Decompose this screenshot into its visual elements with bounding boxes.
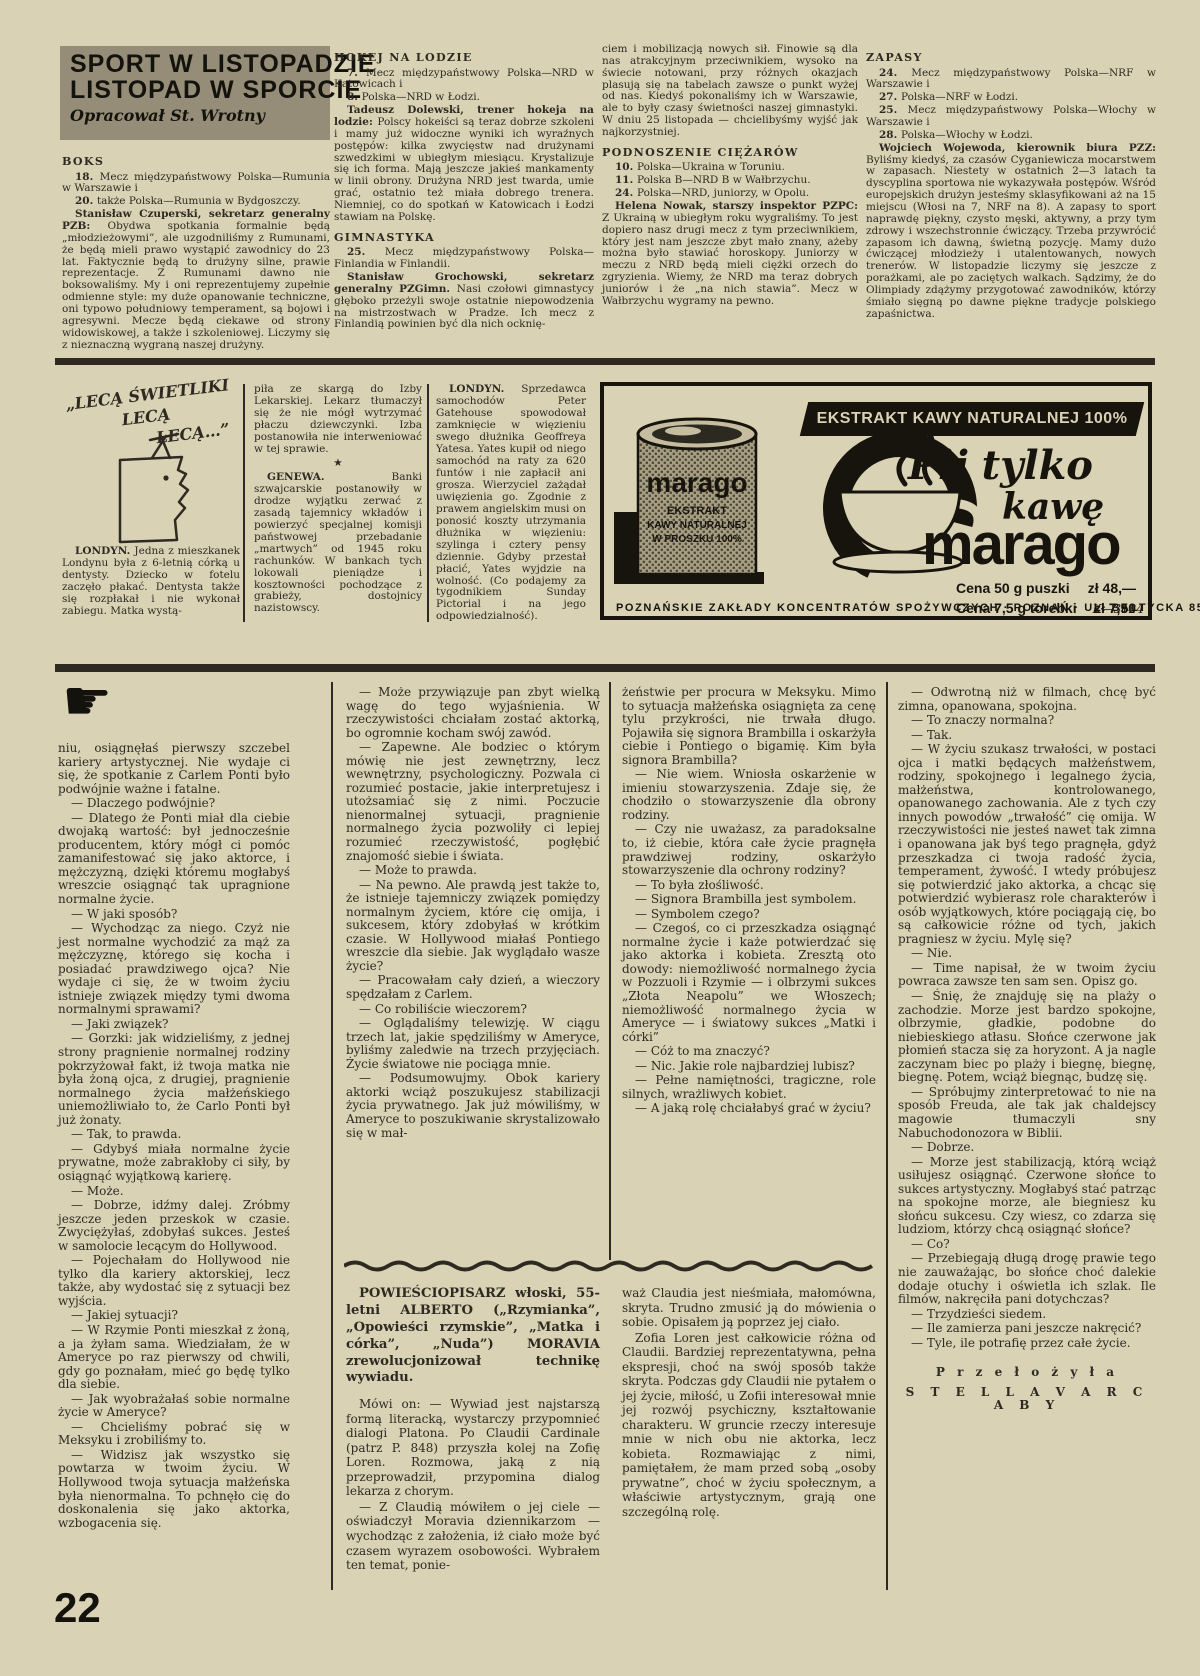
paragraph: ★ [254,458,422,470]
column-rule [243,384,245,622]
paragraph: — Może przywiązuje pan zbyt wielką wagę … [346,686,600,740]
interview-column-1: niu, osiągnęłaś pierwszy szczebel karier… [58,742,290,1531]
paragraph: S T E L L A V A R C A B Y [898,1386,1156,1413]
section-divider-bottom [55,664,1155,672]
interview-column-2: — Może przywiązuje pan zbyt wielką wagę … [346,686,600,1141]
paragraph: 8. Polska—NRD w Łodzi. [334,92,594,104]
paragraph: — A jaką rolę chciałabyś grać w życiu? [622,1102,876,1116]
column-rule [886,682,888,1590]
svg-text:marago: marago [646,467,747,498]
brief-london-dentist-column: LONDYN. Jedna z mieszkanek Londynu była … [62,546,240,619]
paragraph: — Trzydzieści siedem. [898,1308,1156,1322]
ad-banner: EKSTRAKT KAWY NATURALNEJ 100% [800,402,1144,436]
paragraph: P r z e ł o ż y ł a [898,1366,1156,1380]
paragraph: — Oglądaliśmy telewizję. W ciągu trzech … [346,1017,600,1071]
sport-boxing-column: BOKS18. Mecz międzypaństwowy Polska—Rumu… [62,148,330,352]
brief-london-debtor-column: LONDYN. Sprzedawca samochodów Peter Gate… [436,384,586,624]
paragraph: LONDYN. Sprzedawca samochodów Peter Gate… [436,384,586,623]
paragraph: — Co robiliście wieczorem? [346,1003,600,1017]
paragraph: GIMNASTYKA [334,232,594,245]
moravia-box-column-1: POWIEŚCIOPISARZ włoski, 55-letni ALBERTO… [346,1286,600,1574]
paragraph: — Widzisz jak wszystko się powtarza w tw… [58,1449,290,1530]
ad-price1-value: zł 48,— [1088,578,1136,598]
sport-wrestling-column: ZAPASY24. Mecz międzypaństwowy Polska—NR… [866,44,1156,322]
paragraph: niu, osiągnęłaś pierwszy szczebel karier… [58,742,290,796]
paragraph: — Może to prawda. [346,864,600,878]
paragraph: Stanisław Grochowski, sekretarz generaln… [334,272,594,331]
paragraph: 24. Mecz międzypaństwowy Polska—NRF w Wa… [866,68,1156,92]
paragraph: Helena Nowak, starszy inspektor PZPC: Z … [602,201,858,308]
interview-column-4: — Odwrotną niż w filmach, chcę być zimna… [898,686,1156,1414]
coffee-tin-illustration: marago EKSTRAKT KAWY NATURALNEJ W PROSZK… [612,404,787,590]
paragraph: — Nie. [898,947,1156,961]
paragraph: — Symbolem czego? [622,908,876,922]
paragraph: — W Rzymie Ponti mieszkał z żoną, a ja ż… [58,1324,290,1392]
paragraph: — Podsumowujmy. Obok kariery aktorki wci… [346,1072,600,1140]
paragraph: 24. Polska—NRD, juniorzy, w Opolu. [602,188,858,200]
paragraph: — Morze jest stabilizacją, którą wciąż u… [898,1156,1156,1237]
paragraph: — Odwrotną niż w filmach, chcę być zimna… [898,686,1156,713]
paragraph: waż Claudia jest nieśmiała, małomówna, s… [622,1286,876,1330]
wavy-divider [344,1258,876,1272]
svg-text:KAWY NATURALNEJ: KAWY NATURALNEJ [647,520,747,531]
paragraph: PODNOSZENIE CIĘŻARÓW [602,147,858,160]
paragraph: — W życiu szukasz trwałości, w postaci o… [898,743,1156,946]
paragraph: Tadeusz Dolewski, trener hokeja na lodzi… [334,105,594,224]
paragraph: — Przebiegają długą drogę prawie tego ni… [898,1252,1156,1306]
paragraph: — Z Claudią mówiłem o jej ciele — oświad… [346,1500,600,1573]
masthead-title-line1: SPORT W LISTOPADZIE [70,51,322,77]
paragraph: — Jakiej sytuacji? [58,1309,290,1323]
section-divider-top [55,358,1155,365]
paragraph: — Gdybyś miała normalne życie prywatne, … [58,1143,290,1184]
paragraph: — Dobrze. [898,1141,1156,1155]
paragraph: — To była złośliwość. [622,879,876,893]
newspaper-page: SPORT W LISTOPADZIE LISTOPAD W SPORCIE O… [0,0,1200,1676]
paragraph: — Czegoś, co ci przeszkadza osiągnąć nor… [622,922,876,1044]
paragraph: — Tak. [898,729,1156,743]
paragraph: żeństwie per procura w Meksyku. Mimo to … [622,686,876,767]
paragraph: — Spróbujmy zinterpretować to nie na spo… [898,1086,1156,1140]
interview-column-3: żeństwie per procura w Meksyku. Mimo to … [622,686,876,1117]
paragraph: 10. Polska—Ukraina w Toruniu. [602,162,858,174]
paragraph: 18. Mecz międzypaństwowy Polska—Rumunia … [62,172,330,196]
paragraph: 25. Mecz międzypaństwowy Polska—Włochy w… [866,105,1156,129]
paragraph: — Gorzki: jak widzieliśmy, z jednej stro… [58,1032,290,1127]
svg-text:EKSTRAKT: EKSTRAKT [667,505,727,517]
moravia-box-column-2: waż Claudia jest nieśmiała, małomówna, s… [622,1286,876,1520]
paragraph: — Dobrze, idźmy dalej. Zróbmy jeszcze je… [58,1199,290,1253]
paragraph: — Ile zamierza pani jeszcze nakręcić? [898,1322,1156,1336]
paragraph: — To znaczy normalna? [898,714,1156,728]
column-rule [331,682,333,1590]
paragraph: — Zapewne. Ale bodziec o którym mówię ni… [346,741,600,863]
ad-slogan-line1: Pij tylko [908,442,1093,489]
paragraph: — Śnię, że znajduję się na plaży o zacho… [898,990,1156,1085]
paragraph: 7. Mecz międzypaństwowy Polska—NRD w Kat… [334,68,594,92]
marago-coffee-ad: marago EKSTRAKT KAWY NATURALNEJ W PROSZK… [600,382,1152,620]
paragraph: — Może. [58,1185,290,1199]
sport-weightlifting-column: ciem i mobilizacją nowych sił. Finowie s… [602,44,858,309]
paragraph: — Pracowałam cały dzień, a wieczory spęd… [346,974,600,1001]
paragraph: GENEWA. Banki szwajcarskie postanowiły w… [254,472,422,616]
paragraph: — Dlatego że Ponti miał dla ciebie dwoja… [58,812,290,907]
paragraph: — Jak wyobrażałaś sobie normalne życie w… [58,1393,290,1420]
paragraph: — Signora Brambilla jest symbolem. [622,893,876,907]
sport-hockey-gymnastics-column: HOKEJ NA LODZIE7. Mecz międzypaństwowy P… [334,44,594,332]
paragraph: — Co? [898,1238,1156,1252]
paragraph: 11. Polska B—NRD B w Wałbrzychu. [602,175,858,187]
paragraph: Mówi on: — Wywiad jest najstarszą formą … [346,1397,600,1499]
paragraph: 27. Polska—NRF w Łodzi. [866,92,1156,104]
paragraph: HOKEJ NA LODZIE [334,52,594,65]
paragraph: — Na pewno. Ale prawdą jest także to, że… [346,879,600,974]
paragraph: — Pojechałam do Hollywood nie tylko dla … [58,1254,290,1308]
brief-geneva-column: piła ze skargą do Izby Lekarskiej. Lekar… [254,384,422,616]
paragraph: Stanisław Czuperski, sekretarz generalny… [62,209,330,351]
ad-print-code: K—3124 [1092,602,1144,616]
masthead-title-line2: LISTOPAD W SPORCIE [70,77,322,103]
paragraph: — Tyle, ile potrafię przez całe życie. [898,1337,1156,1351]
paragraph: 28. Polska—Włochy w Łodzi. [866,130,1156,142]
masthead-byline: Opracował St. Wrotny [70,106,322,125]
paragraph: piła ze skargą do Izby Lekarskiej. Lekar… [254,384,422,456]
paragraph: ciem i mobilizacją nowych sił. Finowie s… [602,44,858,139]
ad-banner-text: EKSTRAKT KAWY NATURALNEJ 100% [804,402,1140,436]
paragraph: LONDYN. Jedna z mieszkanek Londynu była … [62,546,240,618]
cartoon-head-with-antenna-drawing [80,432,230,544]
cartoon-caption-line2: LECĄ [121,405,172,430]
paragraph: — Jaki związek? [58,1018,290,1032]
column-rule [609,682,611,1260]
paragraph: — Cóż to ma znaczyć? [622,1045,876,1059]
paragraph: — Time napisał, że w twoim życiu powraca… [898,962,1156,989]
paragraph: — Czy nie uważasz, za paradoksalne to, i… [622,823,876,877]
paragraph: ZAPASY [866,52,1156,65]
paragraph: — Dlaczego podwójnie? [58,797,290,811]
paragraph: POWIEŚCIOPISARZ włoski, 55-letni ALBERTO… [346,1286,600,1387]
paragraph: — Tak, to prawda. [58,1128,290,1142]
paragraph: 25. Mecz międzypaństwowy Polska—Finlandi… [334,247,594,271]
svg-text:W PROSZKU 100%: W PROSZKU 100% [652,534,742,545]
paragraph: 20. także Polska—Rumunia w Bydgoszczy. [62,196,330,208]
paragraph: Zofia Loren jest całkowicie różna od Cla… [622,1331,876,1520]
ad-price1-label: Cena 50 g puszki [956,578,1070,598]
page-number: 22 [54,1584,101,1632]
ad-brand-logo: marago [922,516,1120,574]
paragraph: — Wychodząc za niego. Czyż nie jest norm… [58,922,290,1017]
paragraph: — Pełne namiętności, tragiczne, role sil… [622,1074,876,1101]
paragraph: — W jaki sposób? [58,908,290,922]
pointing-hand-icon: ☛ [62,674,112,730]
paragraph: — Chcieliśmy pobrać się w Meksyku i zrob… [58,1421,290,1448]
paragraph: — Nie wiem. Wniosła oskarżenie w imieniu… [622,768,876,822]
paragraph: Wojciech Wojewoda, kierownik biura PZZ: … [866,143,1156,321]
paragraph: — Nic. Jakie role najbardziej lubisz? [622,1060,876,1074]
masthead: SPORT W LISTOPADZIE LISTOPAD W SPORCIE O… [60,46,330,140]
paragraph: BOKS [62,156,330,169]
column-rule [427,384,429,622]
